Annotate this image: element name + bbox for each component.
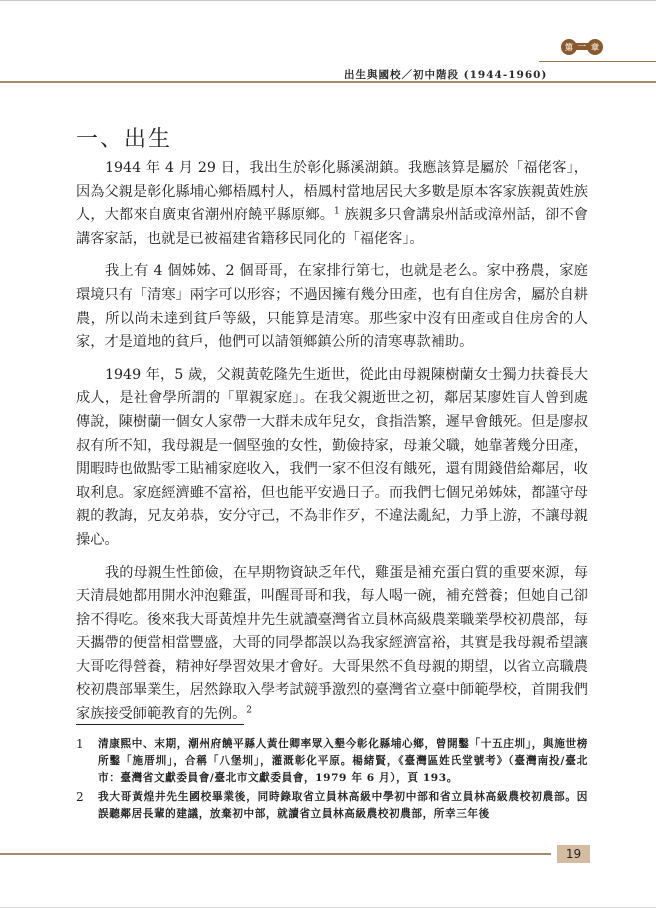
chapter-badge-char-3: 章	[587, 39, 603, 55]
footnote-1: 1 清康熙中、末期，潮州府饒平縣人黃仕卿率眾入墾今彰化縣埔心鄉，曾開鑿「十五庄圳…	[76, 736, 588, 787]
footnote-separator	[76, 724, 244, 725]
footnote-number: 1	[76, 736, 98, 787]
footnote-ref-2[interactable]: 2	[246, 705, 252, 715]
page-number: 19	[557, 845, 590, 863]
body-text: 1944 年 4 月 29 日，我出生於彰化縣溪湖鎮。我應該算是屬於「福佬客」，…	[76, 157, 588, 736]
footnotes: 1 清康熙中、末期，潮州府饒平縣人黃仕卿率眾入墾今彰化縣埔心鄉，曾開鑿「十五庄圳…	[76, 736, 588, 825]
paragraph-text: 我的母親生性節儉，在早期物資缺乏年代，雞蛋是補充蛋白質的重要來源，每天清晨她都用…	[76, 565, 588, 723]
page-bottom-edge	[0, 907, 656, 908]
paragraph-3: 1949 年，5 歲，父親黃乾隆先生逝世，從此由母親陳樹蘭女士獨力扶養長大成人，…	[76, 364, 588, 553]
section-heading: 一、出生	[76, 122, 172, 153]
page-top-edge	[0, 0, 656, 1]
running-header-title: 出生與國校／初中階段 (1944-1960)	[344, 67, 547, 82]
chapter-badge: 第 一 章	[561, 38, 603, 55]
header-rule-short	[539, 61, 656, 62]
paragraph-2: 我上有 4 個姊姊、2 個哥哥，在家排行第七，也就是老么。家中務農，家庭環境只有…	[76, 260, 588, 354]
chapter-badge-char-2: 一	[577, 41, 587, 52]
paragraph-4: 我的母親生性節儉，在早期物資缺乏年代，雞蛋是補充蛋白質的重要來源，每天清晨她都用…	[76, 562, 588, 727]
footnote-text: 我大哥黃煌井先生國校畢業後，同時錄取省立員林高級中學初中部和省立員林高級農校初農…	[98, 789, 588, 823]
footnote-number: 2	[76, 789, 98, 823]
header-rule	[0, 81, 656, 83]
chapter-badge-char-1: 第	[561, 39, 577, 55]
paragraph-1: 1944 年 4 月 29 日，我出生於彰化縣溪湖鎮。我應該算是屬於「福佬客」，…	[76, 157, 588, 251]
paragraph-text: 1949 年，5 歲，父親黃乾隆先生逝世，從此由母親陳樹蘭女士獨力扶養長大成人，…	[76, 367, 588, 548]
footnote-text: 清康熙中、末期，潮州府饒平縣人黃仕卿率眾入墾今彰化縣埔心鄉，曾開鑿「十五庄圳」，…	[98, 736, 588, 787]
footnote-2: 2 我大哥黃煌井先生國校畢業後，同時錄取省立員林高級中學初中部和省立員林高級農校…	[76, 789, 588, 823]
paragraph-text: 我上有 4 個姊姊、2 個哥哥，在家排行第七，也就是老么。家中務農，家庭環境只有…	[76, 263, 588, 350]
footer-rule	[0, 853, 551, 855]
